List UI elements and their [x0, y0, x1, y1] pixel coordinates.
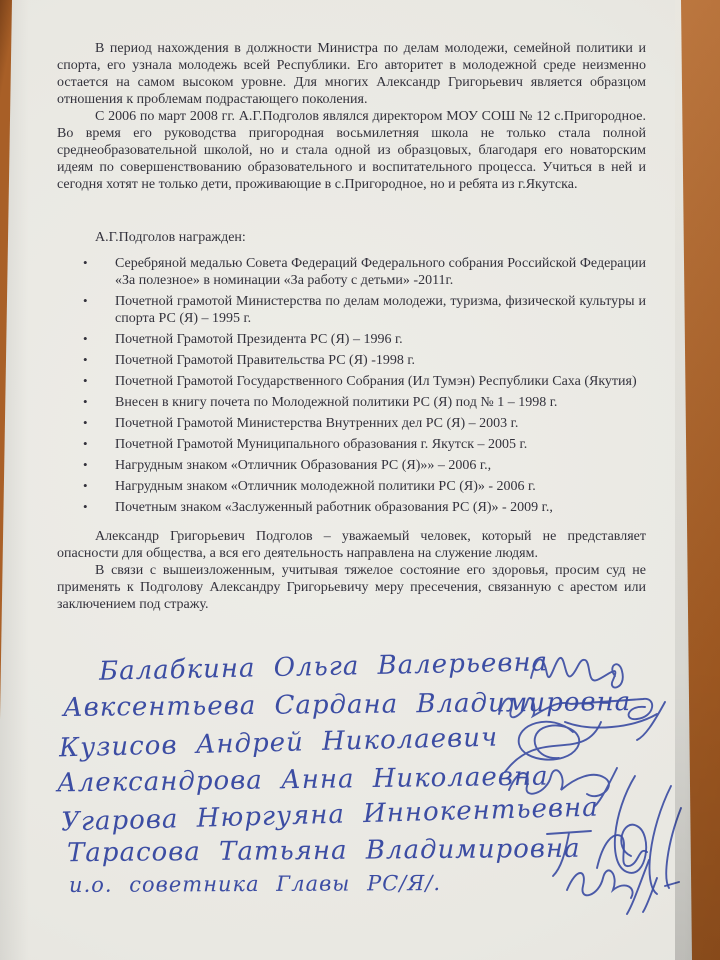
bullet-icon: •	[83, 456, 88, 473]
award-text: Почетной Грамотой Муниципального образов…	[115, 437, 527, 452]
bullet-icon: •	[83, 414, 88, 431]
award-item: •Почетной Грамотой Президента РС (Я) – 1…	[57, 331, 646, 348]
signature-row: Балабкина Ольга Валерьевна	[99, 652, 548, 682]
award-item: •Нагрудным знаком «Отличник Образования …	[57, 457, 646, 474]
award-item: •Почетной Грамотой Государственного Собр…	[57, 373, 646, 390]
signature-scribble-icon	[557, 852, 687, 922]
bullet-icon: •	[83, 292, 88, 309]
signature-row: Угарова Нюргуяна Иннокентьевна	[61, 800, 599, 830]
award-item: •Почетной Грамотой Правительства РС (Я) …	[57, 352, 646, 369]
photo-frame: В период нахождения в должности Министра…	[0, 0, 720, 960]
signature-row: Александрова Анна Николаевна	[57, 765, 549, 795]
bullet-icon: •	[83, 435, 88, 452]
paragraph-character-statement: Александр Григорьевич Подголов – уважаем…	[57, 528, 646, 562]
award-text: Нагрудным знаком «Отличник Образования Р…	[115, 458, 491, 473]
award-text: Почетным знаком «Заслуженный работник об…	[115, 500, 553, 515]
bullet-icon: •	[83, 330, 88, 347]
signature-row: и.о. советника Главы РС/Я/.	[69, 872, 441, 896]
award-item: •Почетной Грамотой Министерства Внутренн…	[57, 415, 646, 432]
document-body: В период нахождения в должности Министра…	[57, 40, 646, 613]
document-page: В период нахождения в должности Министра…	[0, 0, 720, 960]
signature-name: Угарова Нюргуяна Иннокентьевна	[61, 792, 599, 837]
awards-heading: А.Г.Подголов награжден:	[57, 229, 646, 246]
bullet-icon: •	[83, 393, 88, 410]
signature-name: Балабкина Ольга Валерьевна	[99, 647, 549, 686]
bullet-icon: •	[83, 477, 88, 494]
award-text: Почетной Грамотой Министерства Внутренни…	[115, 416, 518, 431]
awards-list: •Серебряной медалью Совета Федераций Фед…	[57, 255, 646, 516]
bullet-icon: •	[83, 254, 88, 271]
paragraph-court-request: В связи с вышеизложенным, учитывая тяжел…	[57, 562, 646, 613]
award-item: •Почетным знаком «Заслуженный работник о…	[57, 499, 646, 516]
paragraph-minister-period: В период нахождения в должности Министра…	[57, 40, 646, 108]
signature-name: и.о. советника Главы РС/Я/.	[69, 871, 441, 897]
signature-row: Тарасова Татьяна Владимировна	[67, 836, 581, 866]
signature-name: Александрова Анна Николаевна	[57, 762, 549, 799]
award-text: Почетной Грамотой Президента РС (Я) – 19…	[115, 332, 403, 347]
award-text: Почетной грамотой Министерства по делам …	[115, 294, 646, 326]
award-text: Внесен в книгу почета по Молодежной поли…	[115, 395, 557, 410]
award-item: •Почетной грамотой Министерства по делам…	[57, 293, 646, 327]
award-text: Почетной Грамотой Государственного Собра…	[115, 374, 637, 389]
award-item: •Внесен в книгу почета по Молодежной пол…	[57, 394, 646, 411]
bullet-icon: •	[83, 498, 88, 515]
signature-name: Кузисов Андрей Николаевич	[59, 723, 499, 764]
bullet-icon: •	[83, 351, 88, 368]
award-text: Почетной Грамотой Правительства РС (Я) -…	[115, 353, 415, 368]
award-item: •Нагрудным знаком «Отличник молодежной п…	[57, 478, 646, 495]
award-item: •Серебряной медалью Совета Федераций Фед…	[57, 255, 646, 289]
paragraph-school-director: С 2006 по март 2008 гг. А.Г.Подголов явл…	[57, 108, 646, 193]
award-text: Серебряной медалью Совета Федераций Феде…	[115, 256, 646, 288]
signature-name: Тарасова Татьяна Владимировна	[67, 834, 581, 868]
award-item: •Почетной Грамотой Муниципального образо…	[57, 436, 646, 453]
award-text: Нагрудным знаком «Отличник молодежной по…	[115, 479, 536, 494]
signatures-block: Балабкина Ольга Валерьевна Авксентьева С…	[57, 650, 667, 950]
signature-row: Кузисов Андрей Николаевич	[59, 728, 498, 758]
bullet-icon: •	[83, 372, 88, 389]
